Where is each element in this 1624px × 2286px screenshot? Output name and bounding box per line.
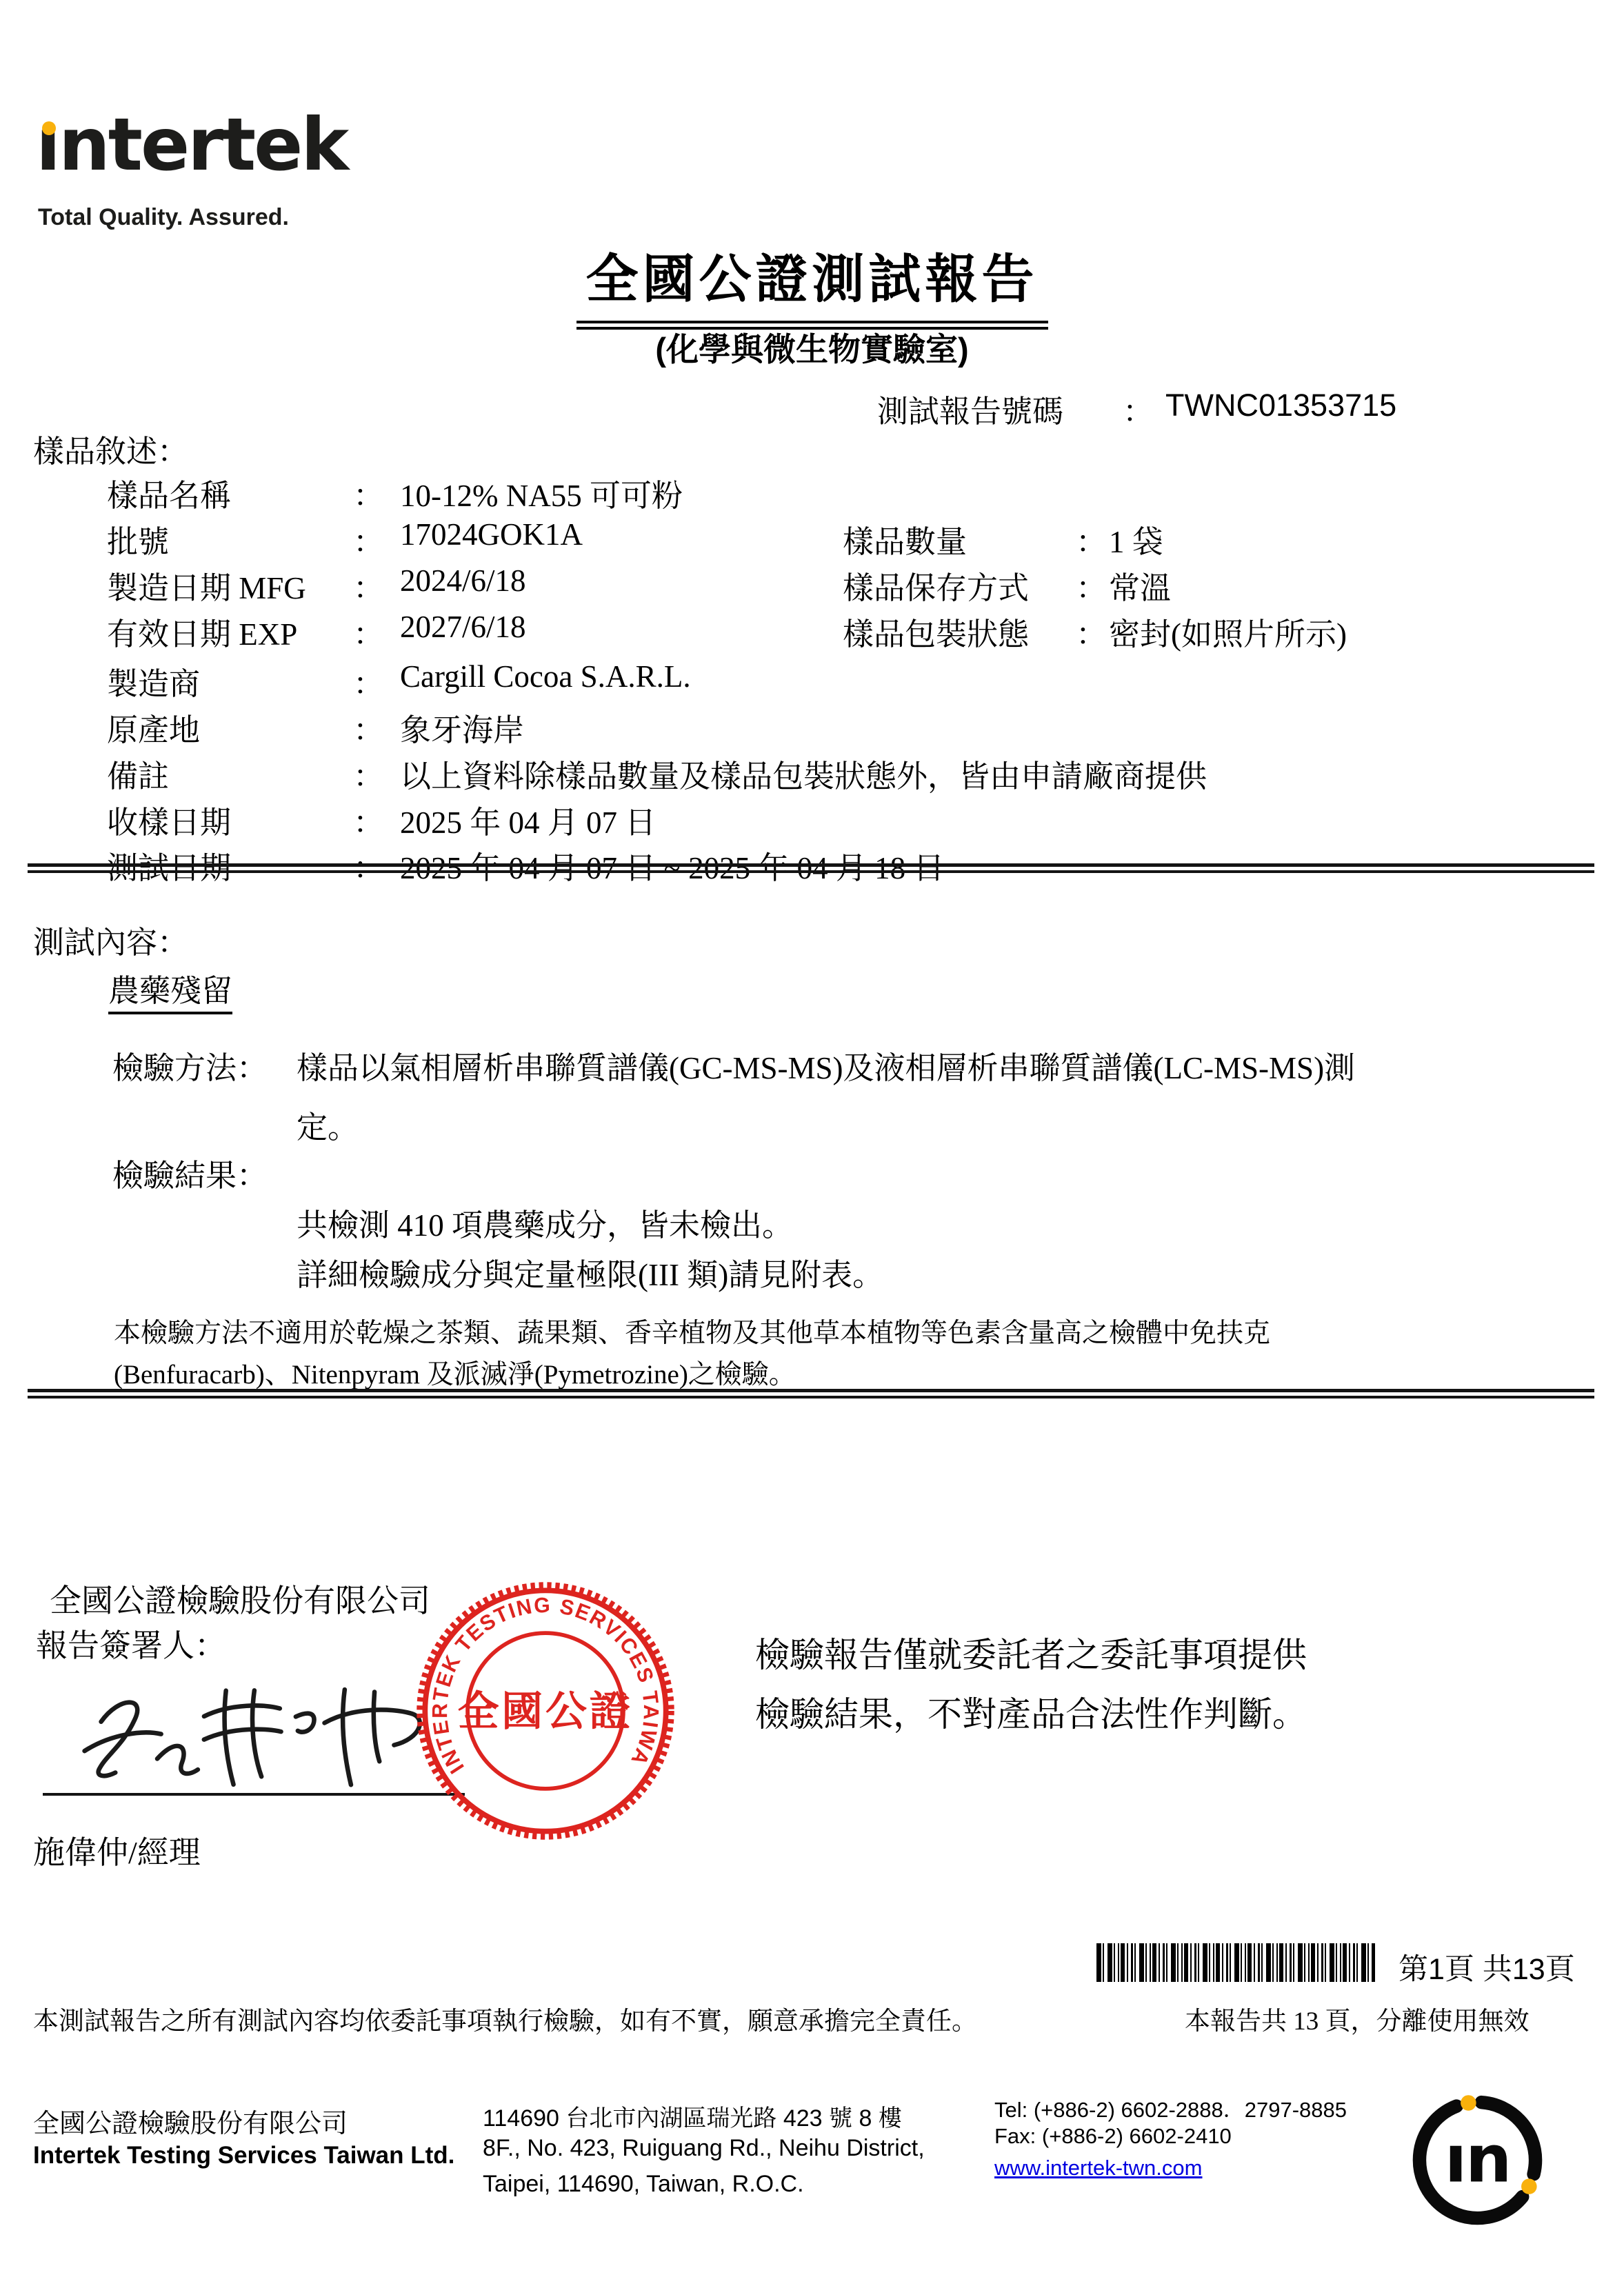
intertek-in-mark-icon: ın — [1407, 2089, 1548, 2231]
logo-tagline: Total Quality. Assured. — [38, 204, 289, 231]
field-colon: ： — [353, 797, 384, 842]
field-value: 17024GOK1A — [400, 517, 583, 552]
field-colon: ： — [1076, 609, 1107, 654]
in-mark-text: ın — [1445, 2121, 1510, 2197]
result-label: 檢驗結果： — [112, 1150, 268, 1195]
signature-line — [43, 1793, 465, 1796]
field-label: 備註 — [107, 751, 169, 796]
field-colon: ： — [353, 470, 384, 515]
report-no-value: TWNC01353715 — [1165, 388, 1396, 423]
field-label: 製造日期 MFG — [107, 563, 306, 608]
field-value: 象牙海岸 — [400, 705, 524, 750]
svg-text:INTERTEK TESTING SERVICES TAIW: INTERTEK TESTING SERVICES TAIWAN LTD. — [412, 1578, 663, 1778]
footer-address-en1: 8F., No. 423, Ruiguang Rd., Neihu Distri… — [483, 2135, 925, 2162]
method-note-line1: 本檢驗方法不適用於乾燥之茶類、蔬果類、香辛植物及其他草本植物等色素含量高之檢體中… — [114, 1312, 1270, 1350]
section-divider — [28, 863, 1594, 873]
page-subtitle: (化學與微生物實驗室) — [655, 324, 968, 370]
field-label: 收樣日期 — [107, 797, 231, 842]
field-value: 密封(如照片所示) — [1109, 609, 1347, 654]
section-divider — [28, 1389, 1594, 1398]
logo-wordmark-rest: ntertek — [59, 103, 347, 187]
stamp-center-text: 全國公證 — [458, 1688, 634, 1734]
report-page: ıntertek Total Quality. Assured. 全國公證測試報… — [0, 0, 1624, 2286]
field-value: 1 袋 — [1109, 517, 1163, 561]
pages-validity-note: 本報告共 13 頁，分離使用無效 — [1185, 2000, 1530, 2037]
result-line1: 共檢測 410 項農藥成分，皆未檢出。 — [297, 1200, 793, 1245]
footer-website-link[interactable]: www.intertek-twn.com — [994, 2156, 1202, 2180]
page-title: 全國公證測試報告 — [577, 237, 1048, 330]
stamp-ring-text: INTERTEK TESTING SERVICES TAIWAN LTD. — [412, 1578, 663, 1778]
field-value: 10-12% NA55 可可粉 — [400, 470, 683, 515]
company-stamp-seal: INTERTEK TESTING SERVICES TAIWAN LTD. 全國… — [412, 1578, 679, 1844]
disclaimer-line1: 檢驗報告僅就委託者之委託事項提供 — [755, 1627, 1307, 1677]
field-value: 2027/6/18 — [400, 609, 526, 645]
field-label: 有效日期 EXP — [107, 609, 297, 654]
field-colon: ： — [353, 751, 384, 796]
result-line2: 詳細檢驗成分與定量極限(III 類)請見附表。 — [297, 1250, 883, 1294]
field-value: 2024/6/18 — [400, 563, 526, 599]
field-label: 製造商 — [107, 659, 200, 703]
footer-fax: Fax: (+886-2) 6602-2410 — [994, 2124, 1232, 2149]
footer-tel: Tel: (+886-2) 6602-2888．2797-8885 — [994, 2092, 1347, 2123]
field-colon: ： — [353, 563, 384, 608]
field-label: 原產地 — [107, 705, 200, 750]
logo-letter-i: ı — [36, 103, 59, 187]
field-value: Cargill Cocoa S.A.R.L. — [400, 659, 691, 694]
in-mark-yellow-dot-right — [1521, 2178, 1537, 2194]
disclaimer-line2: 檢驗結果，不對產品合法性作判斷。 — [755, 1687, 1307, 1736]
responsibility-statement: 本測試報告之所有測試內容均依委託事項執行檢驗，如有不實，願意承擔完全責任。 — [33, 2000, 977, 2037]
field-colon: ： — [353, 705, 384, 750]
field-colon: ： — [353, 609, 384, 654]
footer-address-zh: 114690 台北市內湖區瑞光路 423 號 8 樓 — [483, 2099, 902, 2133]
field-value: 以上資料除樣品數量及樣品包裝狀態外，皆由申請廠商提供 — [400, 751, 1207, 796]
field-label: 樣品名稱 — [107, 470, 231, 515]
report-no-label: 測試報告號碼 — [877, 386, 1063, 431]
page-number-info: 第1頁 共13頁 — [1399, 1946, 1575, 1988]
field-colon: ： — [1076, 517, 1107, 561]
method-text-line1: 樣品以氣相層析串聯質譜儀(GC-MS-MS)及液相層析串聯質譜儀(LC-MS-M… — [297, 1043, 1355, 1087]
footer-company-en: Intertek Testing Services Taiwan Ltd. — [33, 2142, 454, 2169]
field-label: 樣品數量 — [843, 517, 967, 561]
field-value: 2025 年 04 月 07 日 — [400, 797, 656, 842]
field-colon: ： — [1076, 563, 1107, 608]
method-label: 檢驗方法： — [112, 1043, 268, 1087]
method-note-line2: (Benfuracarb)、Nitenpyram 及派滅淨(Pymetrozin… — [114, 1353, 796, 1392]
report-barcode — [1096, 1943, 1375, 1982]
field-colon: ： — [353, 659, 384, 703]
method-text-line2: 定。 — [297, 1102, 359, 1147]
footer-address-en2: Taipei, 114690, Taiwan, R.O.C. — [483, 2171, 804, 2198]
footer-company-zh: 全國公證檢驗股份有限公司 — [33, 2102, 348, 2140]
test-section-label: 測試內容： — [33, 917, 188, 962]
field-label: 批號 — [107, 517, 169, 561]
field-label: 樣品包裝狀態 — [843, 609, 1029, 654]
logo-yellow-dot-icon — [42, 121, 56, 135]
field-label: 樣品保存方式 — [843, 563, 1029, 608]
signer-name-title: 施偉仲/經理 — [33, 1827, 201, 1873]
field-colon: ： — [353, 517, 384, 561]
signing-company: 全國公證檢驗股份有限公司 — [50, 1576, 430, 1621]
field-value: 常溫 — [1109, 563, 1171, 608]
test-item: 農藥殘留 — [108, 965, 232, 1014]
in-mark-yellow-dot-top — [1461, 2095, 1476, 2111]
intertek-logo: ıntertek — [36, 109, 347, 181]
report-no-colon: ： — [1123, 386, 1154, 431]
sample-section-label: 樣品敘述： — [33, 426, 188, 471]
